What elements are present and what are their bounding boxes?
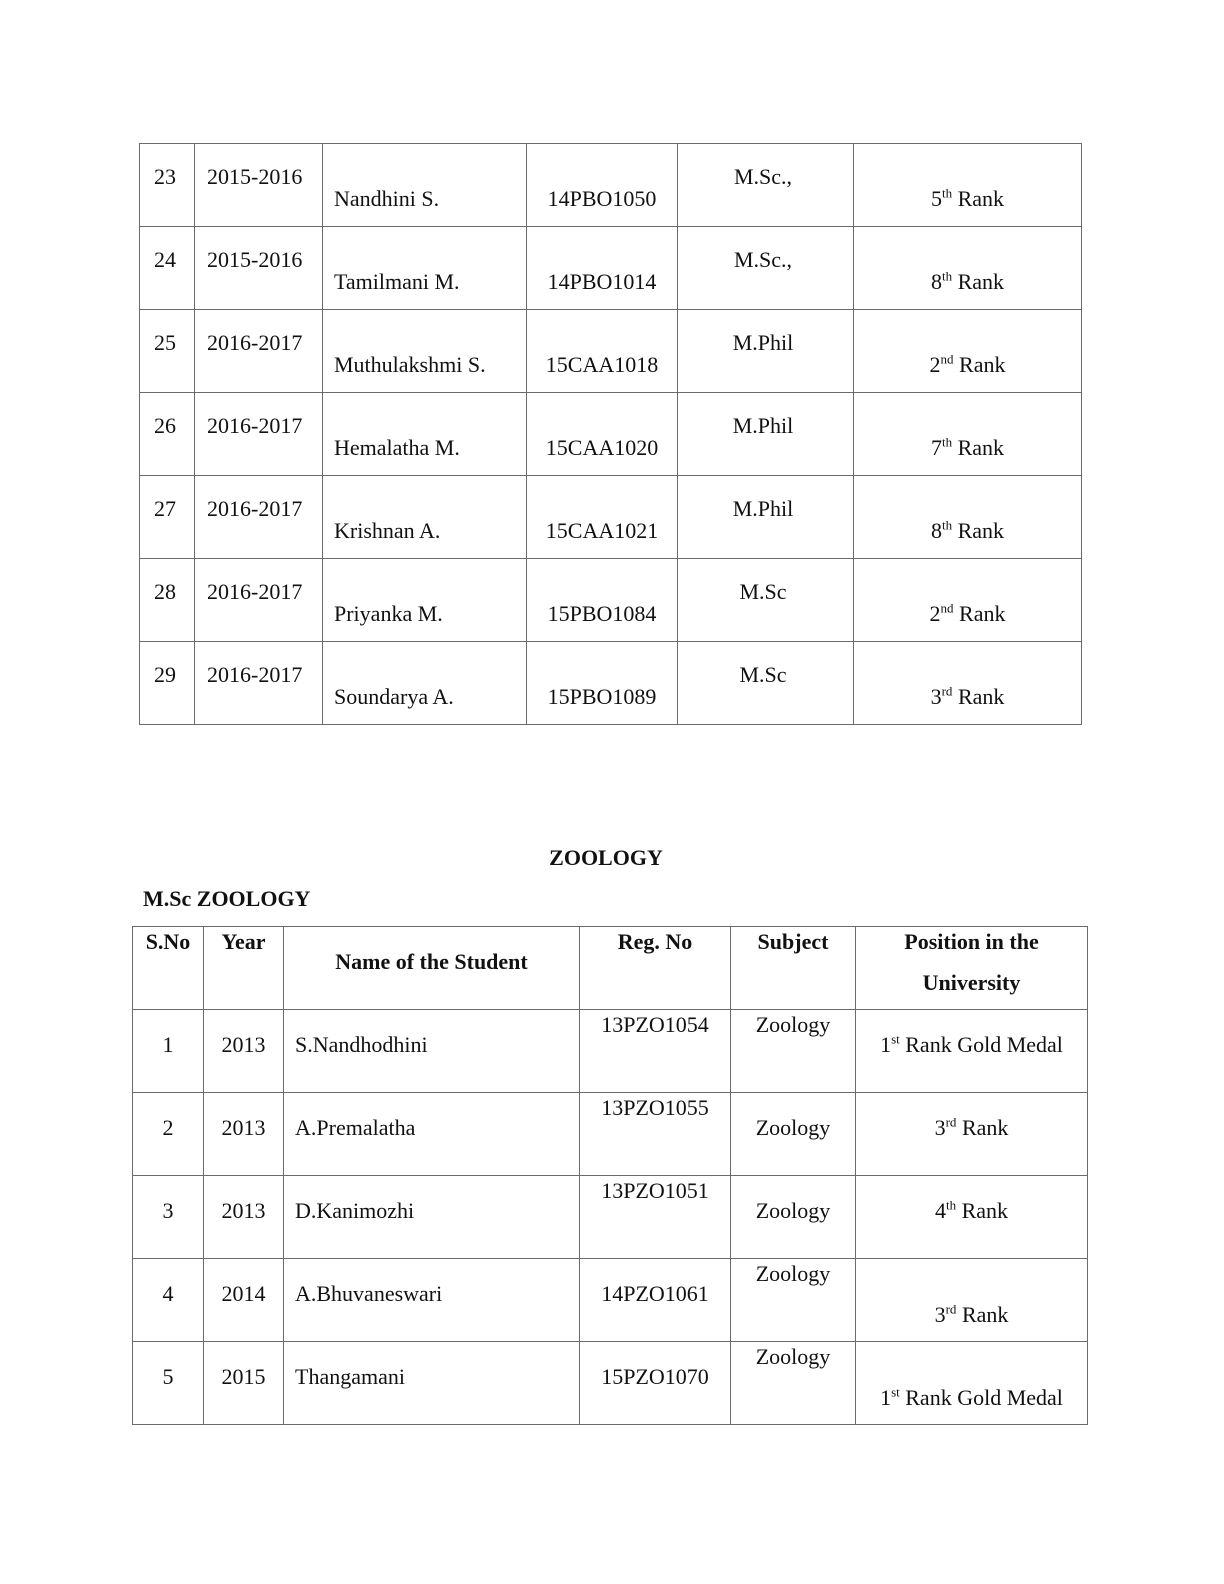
name-cell: D.Kanimozhi [284, 1176, 580, 1259]
rank-cell: 3rd Rank [856, 1259, 1088, 1342]
year-cell: 2014 [204, 1259, 284, 1342]
table-row: 232015-2016Nandhini S.14PBO1050M.Sc.,5th… [140, 144, 1082, 227]
year-cell: 2016-2017 [195, 559, 323, 642]
rank-value: 7th Rank [854, 435, 1081, 461]
year-cell: 2013 [204, 1176, 284, 1259]
sno-cell: 2 [133, 1093, 204, 1176]
rank-value: 3rd Rank [856, 1115, 1087, 1141]
name-cell: A.Bhuvaneswari [284, 1259, 580, 1342]
name-cell: Thangamani [284, 1342, 580, 1425]
year-cell: 2015-2016 [195, 144, 323, 227]
rank-value: 5th Rank [854, 186, 1081, 212]
sno-cell: 3 [133, 1176, 204, 1259]
name-cell: Hemalatha M. [323, 393, 527, 476]
table-row: 292016-2017Soundarya A.15PBO1089M.Sc3rd … [140, 642, 1082, 725]
rank-cell: 7th Rank [854, 393, 1082, 476]
course-cell: M.Phil [678, 476, 854, 559]
regno-cell: 15PBO1084 [527, 559, 678, 642]
subject-cell: Zoology [731, 1093, 856, 1176]
sno-cell: 27 [140, 476, 195, 559]
table-row: 272016-2017Krishnan A.15CAA1021M.Phil8th… [140, 476, 1082, 559]
sno-cell: 24 [140, 227, 195, 310]
rank-cell: 5th Rank [854, 144, 1082, 227]
name-cell: Muthulakshmi S. [323, 310, 527, 393]
regno-cell: 15CAA1021 [527, 476, 678, 559]
section-subtitle: M.Sc ZOOLOGY [143, 886, 310, 912]
regno-cell: 15CAA1020 [527, 393, 678, 476]
name-cell: Soundarya A. [323, 642, 527, 725]
subject-cell: Zoology [731, 1010, 856, 1093]
course-cell: M.Phil [678, 310, 854, 393]
table-row: 282016-2017Priyanka M.15PBO1084M.Sc2nd R… [140, 559, 1082, 642]
course-cell: M.Sc [678, 559, 854, 642]
sno-cell: 29 [140, 642, 195, 725]
course-cell: M.Sc [678, 642, 854, 725]
sno-cell: 23 [140, 144, 195, 227]
year-cell: 2016-2017 [195, 393, 323, 476]
name-cell: S.Nandhodhini [284, 1010, 580, 1093]
rank-holders-table-continued: 232015-2016Nandhini S.14PBO1050M.Sc.,5th… [139, 143, 1082, 725]
table-row: 12013S.Nandhodhini13PZO1054Zoology1st Ra… [133, 1010, 1088, 1093]
name-cell: Tamilmani M. [323, 227, 527, 310]
subject-cell: Zoology [731, 1342, 856, 1425]
table-row: 252016-2017Muthulakshmi S.15CAA1018M.Phi… [140, 310, 1082, 393]
subject-cell: Zoology [731, 1176, 856, 1259]
rank-cell: 8th Rank [854, 476, 1082, 559]
regno-cell: 15PZO1070 [580, 1342, 731, 1425]
regno-cell: 13PZO1055 [580, 1093, 731, 1176]
rank-value: 3rd Rank [854, 684, 1081, 710]
year-cell: 2016-2017 [195, 642, 323, 725]
sno-cell: 1 [133, 1010, 204, 1093]
header-position: Position in the University [856, 927, 1088, 1010]
year-cell: 2016-2017 [195, 310, 323, 393]
regno-cell: 13PZO1051 [580, 1176, 731, 1259]
rank-cell: 3rd Rank [856, 1093, 1088, 1176]
table-row: 242015-2016Tamilmani M.14PBO1014M.Sc.,8t… [140, 227, 1082, 310]
rank-value: 1st Rank Gold Medal [856, 1385, 1087, 1411]
sno-cell: 25 [140, 310, 195, 393]
section-title: ZOOLOGY [0, 845, 1212, 871]
header-subject: Subject [731, 927, 856, 1010]
rank-value: 2nd Rank [854, 352, 1081, 378]
regno-cell: 15CAA1018 [527, 310, 678, 393]
name-cell: Priyanka M. [323, 559, 527, 642]
regno-cell: 15PBO1089 [527, 642, 678, 725]
rank-value: 8th Rank [854, 269, 1081, 295]
course-cell: M.Phil [678, 393, 854, 476]
header-year: Year [204, 927, 284, 1010]
year-cell: 2015 [204, 1342, 284, 1425]
rank-cell: 1st Rank Gold Medal [856, 1010, 1088, 1093]
name-cell: A.Premalatha [284, 1093, 580, 1176]
regno-cell: 14PBO1050 [527, 144, 678, 227]
sno-cell: 5 [133, 1342, 204, 1425]
rank-cell: 8th Rank [854, 227, 1082, 310]
rank-cell: 2nd Rank [854, 559, 1082, 642]
table-header-row: S.No Year Name of the Student Reg. No Su… [133, 927, 1088, 1010]
table-row: 42014A.Bhuvaneswari14PZO1061Zoology3rd R… [133, 1259, 1088, 1342]
rank-value: 1st Rank Gold Medal [856, 1032, 1087, 1058]
rank-value: 3rd Rank [856, 1302, 1087, 1328]
rank-cell: 2nd Rank [854, 310, 1082, 393]
header-sno: S.No [133, 927, 204, 1010]
rank-cell: 4th Rank [856, 1176, 1088, 1259]
rank-value: 2nd Rank [854, 601, 1081, 627]
course-cell: M.Sc., [678, 144, 854, 227]
table-row: 32013D.Kanimozhi13PZO1051Zoology4th Rank [133, 1176, 1088, 1259]
table-row: 22013A.Premalatha13PZO1055Zoology3rd Ran… [133, 1093, 1088, 1176]
regno-cell: 14PBO1014 [527, 227, 678, 310]
regno-cell: 14PZO1061 [580, 1259, 731, 1342]
sno-cell: 28 [140, 559, 195, 642]
rank-value: 4th Rank [856, 1198, 1087, 1224]
rank-cell: 3rd Rank [854, 642, 1082, 725]
name-cell: Nandhini S. [323, 144, 527, 227]
year-cell: 2015-2016 [195, 227, 323, 310]
year-cell: 2013 [204, 1010, 284, 1093]
table-row: 52015Thangamani15PZO1070Zoology1st Rank … [133, 1342, 1088, 1425]
rank-cell: 1st Rank Gold Medal [856, 1342, 1088, 1425]
header-regno: Reg. No [580, 927, 731, 1010]
year-cell: 2013 [204, 1093, 284, 1176]
rank-value: 8th Rank [854, 518, 1081, 544]
year-cell: 2016-2017 [195, 476, 323, 559]
course-cell: M.Sc., [678, 227, 854, 310]
regno-cell: 13PZO1054 [580, 1010, 731, 1093]
table-row: 262016-2017Hemalatha M.15CAA1020M.Phil7t… [140, 393, 1082, 476]
sno-cell: 4 [133, 1259, 204, 1342]
subject-cell: Zoology [731, 1259, 856, 1342]
header-name: Name of the Student [284, 927, 580, 1010]
name-cell: Krishnan A. [323, 476, 527, 559]
sno-cell: 26 [140, 393, 195, 476]
zoology-rank-table: S.No Year Name of the Student Reg. No Su… [132, 926, 1088, 1425]
